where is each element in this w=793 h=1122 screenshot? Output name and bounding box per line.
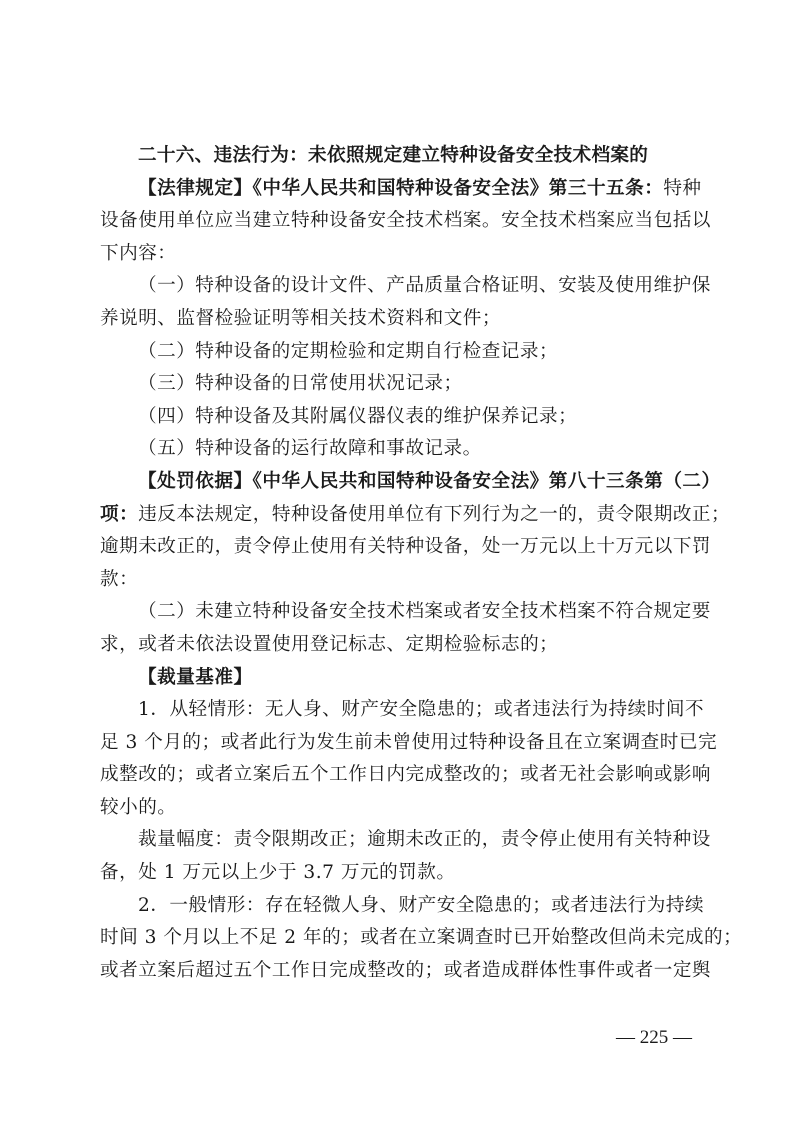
provision-item-1-line-1: （一）特种设备的设计文件、产品质量合格证明、安装及使用维护保 [100, 270, 693, 303]
document-page: 二十六、违法行为：未依照规定建立特种设备安全技术档案的 【法律规定】《中华人民共… [100, 140, 693, 987]
discretion-light-range-line-2: 备，处 1 万元以上少于 3.7 万元的罚款。 [100, 857, 693, 890]
provision-item-4: （四）特种设备及其附属仪器仪表的维护保养记录； [100, 401, 693, 434]
discretion-light-line-2: 足 3 个月的；或者此行为发生前未曾使用过特种设备且在立案调查时已完 [100, 727, 693, 760]
penalty-basis-line-3: 款： [100, 564, 693, 597]
provision-item-1-line-2: 养说明、监督检验证明等相关技术资料和文件； [100, 303, 693, 336]
legal-provision-text: 特种 [663, 178, 701, 199]
penalty-basis-text: 违反本法规定，特种设备使用单位有下列行为之一的，责令限期改正； [138, 504, 730, 525]
provision-item-5: （五）特种设备的运行故障和事故记录。 [100, 433, 693, 466]
legal-provision-line-3: 下内容： [100, 238, 693, 271]
discretion-light-line-3: 成整改的；或者立案后五个工作日内完成整改的；或者无社会影响或影响 [100, 759, 693, 792]
penalty-basis-label-cont: 项： [100, 504, 138, 525]
legal-provision-line-1: 【法律规定】《中华人民共和国特种设备安全法》第三十五条：特种 [100, 173, 693, 206]
discretion-light-range-line-1: 裁量幅度：责令限期改正；逾期未改正的，责令停止使用有关特种设 [100, 824, 693, 857]
discretion-general-line-2: 时间 3 个月以上不足 2 年的；或者在立案调查时已开始整改但尚未完成的； [100, 922, 693, 955]
legal-provision-label: 【法律规定】《中华人民共和国特种设备安全法》第三十五条： [138, 178, 663, 199]
section-title: 二十六、违法行为：未依照规定建立特种设备安全技术档案的 [100, 140, 693, 173]
page-number: — 225 — [612, 1027, 696, 1049]
penalty-basis-line-1: 项：违反本法规定，特种设备使用单位有下列行为之一的，责令限期改正； [100, 499, 693, 532]
discretion-general-line-1: 2．一般情形：存在轻微人身、财产安全隐患的；或者违法行为持续 [100, 890, 693, 923]
discretion-general-line-3: 或者立案后超过五个工作日完成整改的；或者造成群体性事件或者一定舆 [100, 955, 693, 988]
penalty-basis-line-2: 逾期未改正的，责令停止使用有关特种设备，处一万元以上十万元以下罚 [100, 531, 693, 564]
discretion-label: 【裁量基准】 [100, 662, 693, 695]
discretion-light-line-4: 较小的。 [100, 792, 693, 825]
penalty-item-line-1: （二）未建立特种设备安全技术档案或者安全技术档案不符合规定要 [100, 596, 693, 629]
penalty-item-line-2: 求，或者未依法设置使用登记标志、定期检验标志的； [100, 629, 693, 662]
discretion-light-line-1: 1．从轻情形：无人身、财产安全隐患的；或者违法行为持续时间不 [100, 694, 693, 727]
provision-item-2: （二）特种设备的定期检验和定期自行检查记录； [100, 336, 693, 369]
provision-item-3: （三）特种设备的日常使用状况记录； [100, 368, 693, 401]
penalty-basis-label: 【处罚依据】《中华人民共和国特种设备安全法》第八十三条第（二） [100, 466, 693, 499]
legal-provision-line-2: 设备使用单位应当建立特种设备安全技术档案。安全技术档案应当包括以 [100, 205, 693, 238]
